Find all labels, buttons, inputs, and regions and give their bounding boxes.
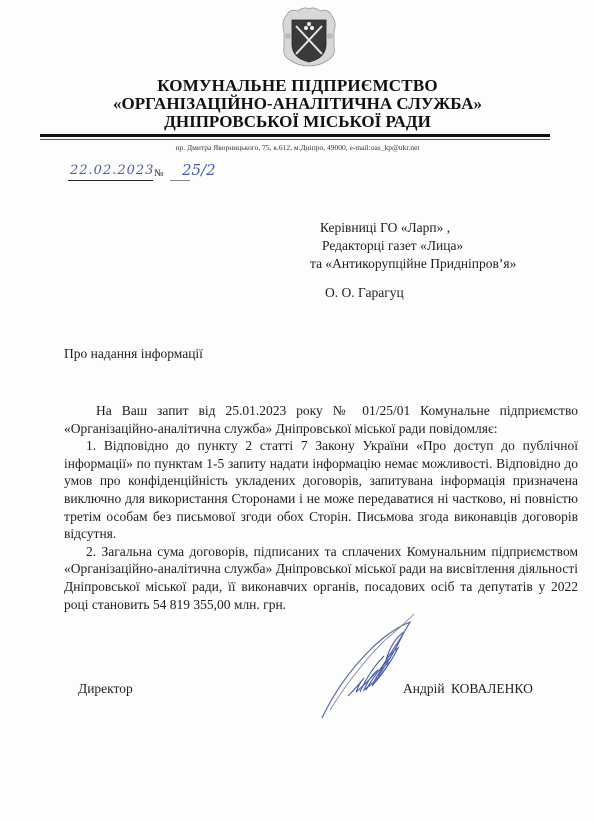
org-address: пр. Дмитра Яворницького, 75, к.612, м.Дн… — [0, 143, 595, 152]
addressee-line2: Редакторці газет «Лица» — [320, 237, 516, 255]
signer-position: Директор — [78, 681, 133, 697]
letterhead-divider-thick — [40, 134, 550, 137]
recipient-name: О. О. Гарагуц — [325, 285, 404, 301]
registration-line: 22.02.2023 № 25/2 — [68, 163, 208, 183]
letterhead-divider-thin — [40, 139, 550, 140]
body-item-2: 2. Загальна сума договорів, підписаних т… — [64, 543, 578, 613]
org-name-line1: КОМУНАЛЬНЕ ПІДПРИЄМСТВО — [0, 76, 595, 96]
org-name-line2: «ОРГАНІЗАЦІЙНО-АНАЛІТИЧНА СЛУЖБА» — [0, 94, 595, 114]
number-underline — [170, 180, 190, 181]
addressee-block: Керівниці ГО «Ларп» , Редакторці газет «… — [320, 219, 516, 273]
signer-name: Андрій КОВАЛЕНКО — [403, 681, 533, 697]
date-underline — [68, 180, 153, 181]
registration-date: 22.02.2023 — [70, 163, 154, 178]
body-item-1: 1. Відповідно до пункту 2 статті 7 Закон… — [64, 437, 578, 543]
number-label: № — [154, 168, 164, 179]
letter-page: КОМУНАЛЬНЕ ПІДПРИЄМСТВО «ОРГАНІЗАЦІЙНО-А… — [0, 0, 595, 822]
registration-number: 25/2 — [182, 161, 216, 179]
letter-subject: Про надання інформації — [64, 346, 203, 362]
body-intro: На Ваш запит від 25.01.2023 року № 01/25… — [64, 402, 578, 437]
handwritten-signature-icon — [300, 610, 420, 720]
coat-of-arms-icon — [280, 6, 338, 68]
addressee-line3: та «Антикорупційне Придніпров’я» — [310, 255, 516, 273]
org-name-line3: ДНІПРОВСЬКОЇ МІСЬКОЇ РАДИ — [0, 112, 595, 132]
addressee-line1: Керівниці ГО «Ларп» , — [320, 219, 516, 237]
letter-body: На Ваш запит від 25.01.2023 року № 01/25… — [64, 402, 578, 613]
